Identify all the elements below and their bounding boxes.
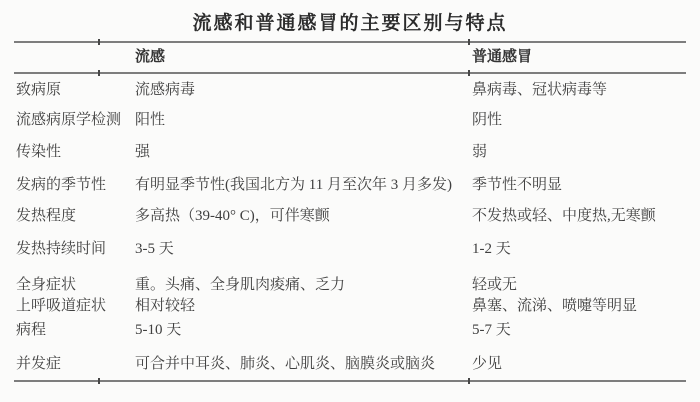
cold-cell: 轻或无 (472, 277, 517, 294)
table-row: 发热程度 多高热（39-40° C)，可伴寒颤 不发热或轻、中度热,无寒颤 (0, 208, 700, 225)
column-divider-tick (468, 39, 470, 45)
row-label: 发病的季节性 (16, 177, 106, 194)
table-row: 发热持续时间 3-5 天 1-2 天 (0, 241, 700, 258)
column-header-flu: 流感 (135, 49, 165, 66)
table-row: 病程 5-10 天 5-7 天 (0, 322, 700, 339)
table-top-border (14, 41, 686, 43)
flu-cell: 可合并中耳炎、肺炎、心肌炎、脑膜炎或脑炎 (135, 356, 435, 373)
row-label: 致病原 (16, 82, 61, 99)
column-divider-tick (468, 70, 470, 76)
flu-cell: 阳性 (135, 112, 165, 129)
cold-cell: 阴性 (472, 112, 502, 129)
row-label: 流感病原学检测 (16, 112, 121, 129)
flu-cell: 强 (135, 144, 150, 161)
flu-cell: 重。头痛、全身肌肉痠痛、乏力 (135, 277, 345, 294)
table-row: 流感病原学检测 阳性 阴性 (0, 112, 700, 129)
table-row: 全身症状 重。头痛、全身肌肉痠痛、乏力 轻或无 (0, 277, 700, 294)
table-row: 发病的季节性 有明显季节性(我国北方为 11 月至次年 3 月多发) 季节性不明… (0, 177, 700, 194)
cold-cell: 不发热或轻、中度热,无寒颤 (472, 208, 656, 225)
column-divider-tick (98, 39, 100, 45)
flu-cell: 5-10 天 (135, 322, 181, 339)
row-label: 发热程度 (16, 208, 76, 225)
row-label: 上呼吸道症状 (16, 298, 106, 315)
cold-cell: 1-2 天 (472, 241, 511, 258)
flu-cell: 多高热（39-40° C)，可伴寒颤 (135, 208, 330, 225)
table-row: 并发症 可合并中耳炎、肺炎、心肌炎、脑膜炎或脑炎 少见 (0, 356, 700, 373)
table-header-border (14, 72, 686, 74)
table-row: 传染性 强 弱 (0, 144, 700, 161)
cold-cell: 少见 (472, 356, 502, 373)
row-label: 发热持续时间 (16, 241, 106, 258)
cold-cell: 弱 (472, 144, 487, 161)
cold-cell: 季节性不明显 (472, 177, 562, 194)
cold-cell: 5-7 天 (472, 322, 511, 339)
row-label: 传染性 (16, 144, 61, 161)
row-label: 病程 (16, 322, 46, 339)
cold-cell: 鼻病毒、冠状病毒等 (472, 82, 607, 99)
table-row: 致病原 流感病毒 鼻病毒、冠状病毒等 (0, 82, 700, 99)
column-divider-tick (468, 378, 470, 384)
column-divider-tick (98, 70, 100, 76)
flu-cell: 有明显季节性(我国北方为 11 月至次年 3 月多发) (135, 177, 452, 194)
column-header-cold: 普通感冒 (472, 49, 532, 66)
flu-cell: 3-5 天 (135, 241, 174, 258)
row-label: 并发症 (16, 356, 61, 373)
scanned-table-page: 流感和普通感冒的主要区别与特点 流感 普通感冒 致病原 流感病毒 鼻病毒、冠状病… (0, 0, 700, 402)
table-bottom-border (14, 380, 686, 382)
row-label: 全身症状 (16, 277, 76, 294)
flu-cell: 流感病毒 (135, 82, 195, 99)
cold-cell: 鼻塞、流涕、喷嚏等明显 (472, 298, 637, 315)
column-divider-tick (98, 378, 100, 384)
table-row: 上呼吸道症状 相对较轻 鼻塞、流涕、喷嚏等明显 (0, 298, 700, 315)
flu-cell: 相对较轻 (135, 298, 195, 315)
page-title: 流感和普通感冒的主要区别与特点 (0, 8, 700, 35)
